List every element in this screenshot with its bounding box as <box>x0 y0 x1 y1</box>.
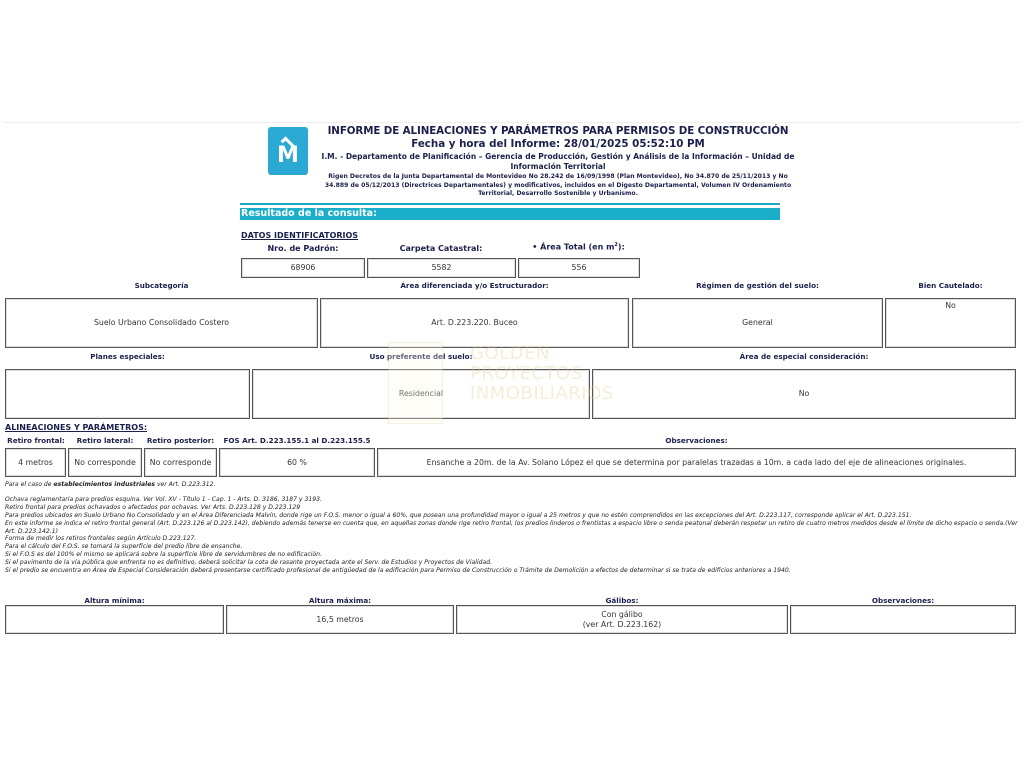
retiro-posterior-label: Retiro posterior: <box>144 436 217 445</box>
note-line: Si el predio se encuentra en Área de Esp… <box>5 567 1020 575</box>
carpeta-value: 5582 <box>367 258 516 278</box>
uso-preferente-label: Uso preferente del suelo: <box>252 352 590 361</box>
area-especial-label: Área de especial consideración: <box>592 352 1016 361</box>
report-datetime: Fecha y hora del Informe: 28/01/2025 05:… <box>320 138 796 151</box>
galibos-line-2: (ver Art. D.223.162) <box>583 620 661 630</box>
altura-maxima-label: Altura máxima: <box>226 596 454 605</box>
note-line: Retiro frontal para predios ochavados o … <box>5 504 1020 512</box>
report-decrees: Rigen Decretos de la Junta Departamental… <box>320 173 796 199</box>
note-line: Si el pavimento de la vía pública que en… <box>5 559 1020 567</box>
subcategoria-value: Suelo Urbano Consolidado Costero <box>5 298 318 348</box>
note-industrial-prefix: Para el caso de <box>5 481 53 488</box>
alineaciones-title: ALINEACIONES Y PARÁMETROS: <box>5 423 147 432</box>
uso-preferente-value: Residencial <box>252 369 590 419</box>
note-industrial-bold: establecimientos industriales <box>53 481 155 488</box>
regimen-label: Régimen de gestión del suelo: <box>632 281 883 290</box>
galibos-label: Gálibos: <box>456 596 788 605</box>
alturas-observaciones-value <box>790 605 1016 634</box>
altura-minima-value <box>5 605 224 634</box>
fos-value: 60 % <box>219 448 375 477</box>
planes-especiales-value <box>5 369 250 419</box>
area-especial-value: No <box>592 369 1016 419</box>
area-diferenciada-label: Área diferenciada y/o Estructurador: <box>320 281 629 290</box>
area-diferenciada-value: Art. D.223.220. Buceo <box>320 298 629 348</box>
galibos-value: Con gálibo (ver Art. D.223.162) <box>456 605 788 634</box>
altura-maxima-value: 16,5 metros <box>226 605 454 634</box>
retiro-lateral-label: Retiro lateral: <box>68 436 142 445</box>
note-industrial: Para el caso de establecimientos industr… <box>5 481 1020 489</box>
alturas-observaciones-label: Observaciones: <box>790 596 1016 605</box>
header-divider <box>240 203 780 205</box>
area-label-text: • Área Total (en m <box>532 243 614 252</box>
regimen-value: General <box>632 298 883 348</box>
area-value: 556 <box>518 258 640 278</box>
area-label-suffix: ): <box>618 243 625 252</box>
area-label: • Área Total (en m2): <box>517 242 640 252</box>
planes-especiales-label: Planes especiales: <box>5 352 250 361</box>
fos-label: FOS Art. D.223.155.1 al D.223.155.5 <box>219 436 375 445</box>
report-title: INFORME DE ALINEACIONES Y PARÁMETROS PAR… <box>320 125 796 138</box>
report-header: INFORME DE ALINEACIONES Y PARÁMETROS PAR… <box>320 125 796 199</box>
note-line: Si el F.O.S es del 100% el mismo se apli… <box>5 551 1020 559</box>
retiro-posterior-value: No corresponde <box>144 448 217 477</box>
subcategoria-label: Subcategoría <box>5 281 318 290</box>
datos-title: DATOS IDENTIFICATORIOS <box>241 231 358 240</box>
altura-minima-label: Altura mínima: <box>5 596 224 605</box>
note-industrial-suffix: ver Art. D.223.312. <box>155 481 215 488</box>
note-line: Para predios ubicados en Suelo Urbano No… <box>5 512 1020 520</box>
note-line: En este informe se indica el retiro fron… <box>5 520 1020 536</box>
observaciones-value: Ensanche a 20m. de la Av. Solano López e… <box>377 448 1016 477</box>
report-department: I.M. - Departamento de Planificación – G… <box>320 152 796 172</box>
carpeta-label: Carpeta Catastral: <box>367 244 515 253</box>
notes-block: Para el caso de establecimientos industr… <box>5 481 1020 575</box>
retiro-lateral-value: No corresponde <box>68 448 142 477</box>
retiro-frontal-label: Retiro frontal: <box>5 436 67 445</box>
bien-cautelado-label: Bien Cautelado: <box>885 281 1016 290</box>
padron-value: 68906 <box>241 258 365 278</box>
montevideo-logo-icon: M <box>268 127 308 175</box>
result-bar: Resultado de la consulta: <box>240 208 780 220</box>
note-line: Ochava reglamentaria para predios esquin… <box>5 496 1020 504</box>
observaciones-label: Observaciones: <box>377 436 1016 445</box>
bien-cautelado-value: No <box>885 298 1016 348</box>
galibos-line-1: Con gálibo <box>601 610 642 620</box>
padron-label: Nro. de Padrón: <box>241 244 365 253</box>
retiro-frontal-value: 4 metros <box>5 448 66 477</box>
